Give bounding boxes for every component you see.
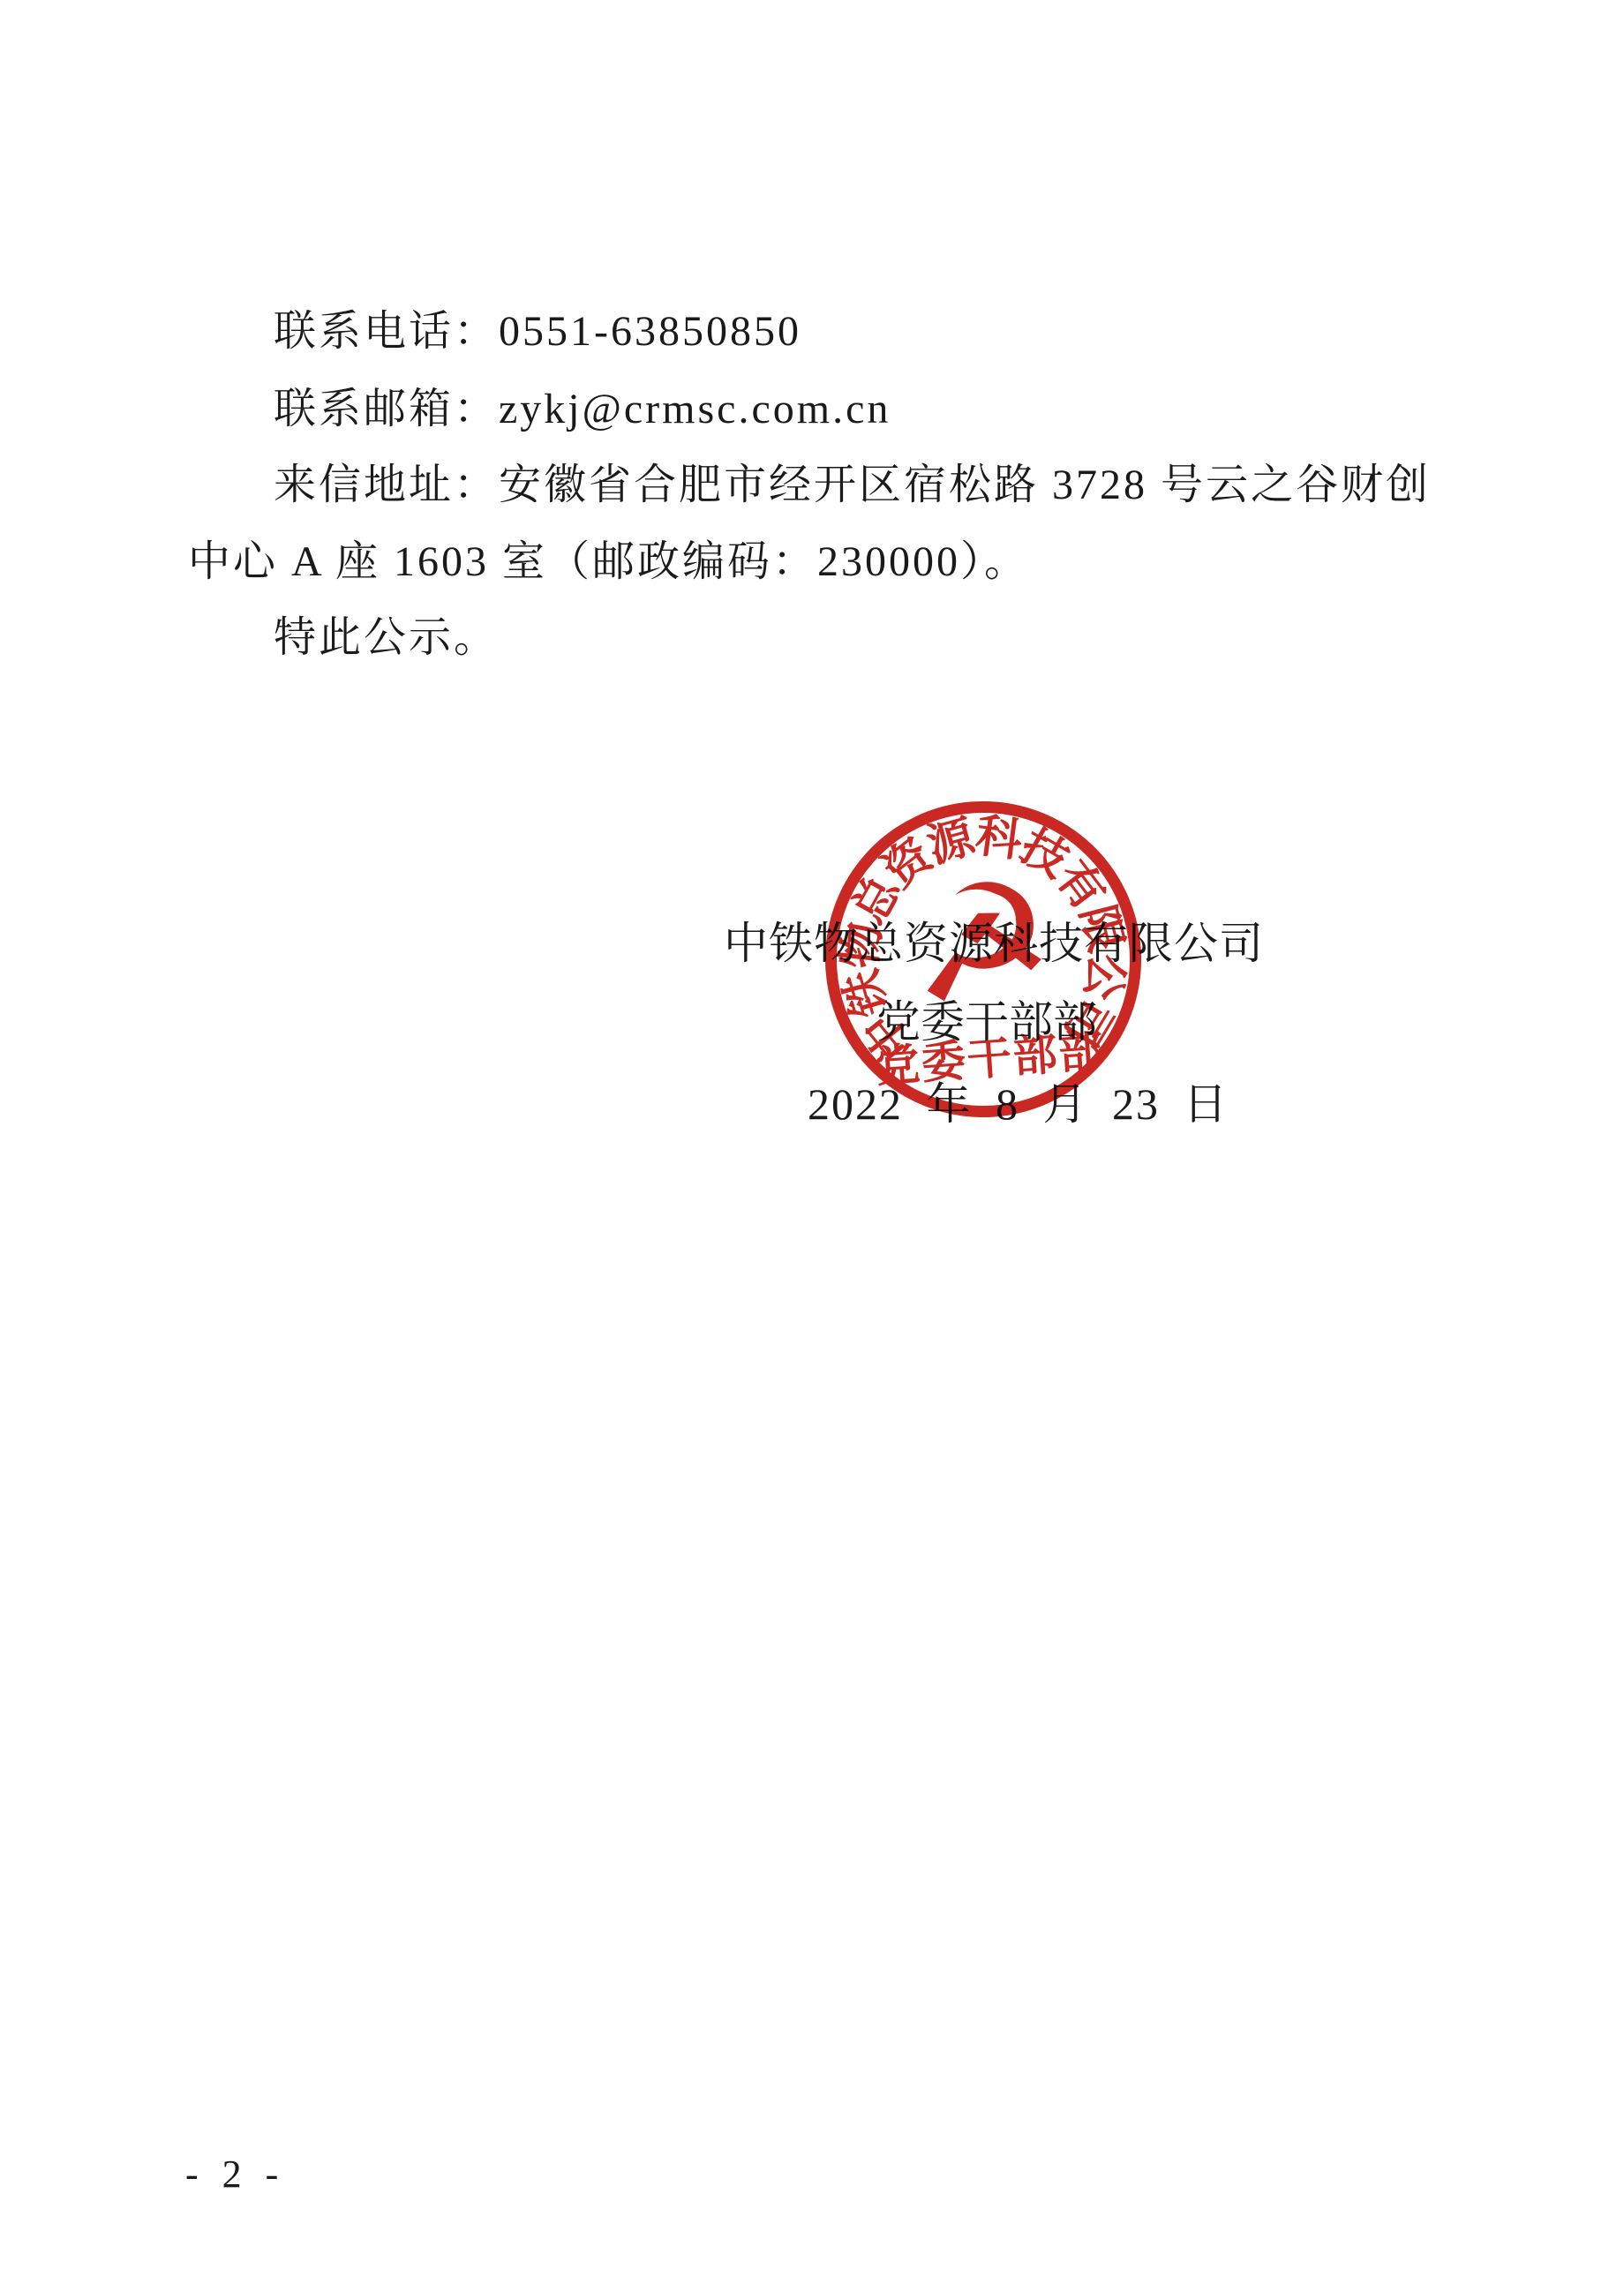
address-line-1: 来信地址：安徽省合肥市经开区宿松路 3728 号云之谷财创	[274, 461, 1431, 509]
official-seal-stamp: 中 铁 物 总 资 源 科 技 有 限 公 司 ☭ 党委干部部	[815, 791, 1152, 1128]
address-line-2: 中心 A 座 1603 室（邮政编码：230000）。	[188, 537, 1029, 586]
contact-email-line: 联系邮箱：zykj@crmsc.com.cn	[274, 385, 891, 433]
page-number: - 2 -	[185, 2152, 285, 2197]
contact-phone-line: 联系电话：0551-63850850	[274, 307, 801, 356]
closing-line: 特此公示。	[274, 613, 499, 662]
document-page: 联系电话：0551-63850850 联系邮箱：zykj@crmsc.com.c…	[0, 0, 1624, 2291]
